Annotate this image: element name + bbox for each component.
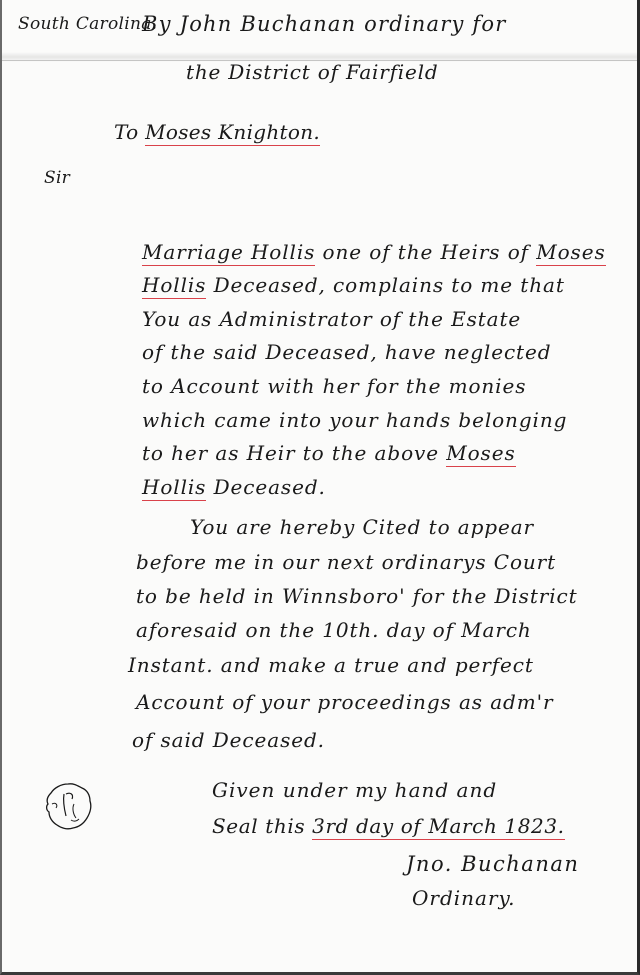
- underlined-name: Marriage Hollis: [142, 240, 315, 266]
- wax-seal-icon: [42, 780, 94, 832]
- body-line: Hollis Deceased, complains to me that: [142, 273, 565, 297]
- closing-line-2: Seal this 3rd day of March 1823.: [212, 814, 565, 838]
- closing-line-1: Given under my hand and: [212, 778, 497, 802]
- signature-title: Ordinary.: [412, 886, 516, 910]
- body-line: Instant. and make a true and perfect: [128, 653, 534, 677]
- closing-seal-text: Seal this: [212, 814, 312, 838]
- body-line: Account of your proceedings as adm'r: [136, 690, 553, 714]
- body-line: to Account with her for the monies: [142, 374, 526, 398]
- underlined-name: Hollis: [142, 273, 206, 299]
- body-line: to her as Heir to the above Moses: [142, 441, 516, 465]
- body-text: of said Deceased.: [132, 728, 325, 752]
- body-text: to her as Heir to the above: [142, 441, 446, 465]
- body-text: to be held in Winnsboro' for the Distric…: [136, 584, 578, 608]
- underlined-name: Moses: [536, 240, 605, 266]
- body-line: aforesaid on the 10th. day of March: [136, 618, 532, 642]
- body-text: Account of your proceedings as adm'r: [136, 690, 553, 714]
- document-page: South Carolina. By John Buchanan ordinar…: [0, 0, 640, 975]
- addressee: To Moses Knighton.: [114, 120, 320, 144]
- body-text: Deceased, complains to me that: [206, 273, 564, 297]
- body-line: which came into your hands belonging: [142, 408, 567, 432]
- addressee-name: Moses Knighton.: [145, 120, 320, 146]
- body-line: Marriage Hollis one of the Heirs of Mose…: [142, 240, 606, 264]
- header-state: South Carolina.: [18, 14, 157, 34]
- body-line: of said Deceased.: [132, 728, 325, 752]
- body-text: of the said Deceased, have neglected: [142, 340, 551, 364]
- underlined-name: Hollis: [142, 475, 206, 501]
- salutation: Sir: [44, 168, 70, 188]
- header-district: the District of Fairfield: [186, 60, 438, 84]
- underlined-name: Moses: [446, 441, 515, 467]
- body-text: Instant. and make a true and perfect: [128, 653, 534, 677]
- addressee-prefix: To: [114, 120, 138, 144]
- body-line: Hollis Deceased.: [142, 475, 326, 499]
- body-text: one of the Heirs of: [315, 240, 536, 264]
- body-line: of the said Deceased, have neglected: [142, 340, 551, 364]
- closing-date: 3rd day of March 1823.: [312, 814, 565, 840]
- body-line: You as Administrator of the Estate: [142, 307, 521, 331]
- body-text: which came into your hands belonging: [142, 408, 567, 432]
- body-line: You are hereby Cited to appear: [190, 515, 534, 539]
- body-text: You are hereby Cited to appear: [190, 515, 534, 539]
- body-text: before me in our next ordinarys Court: [136, 550, 556, 574]
- signature-name: Jno. Buchanan: [406, 852, 579, 876]
- body-text: to Account with her for the monies: [142, 374, 526, 398]
- body-text: aforesaid on the 10th. day of March: [136, 618, 532, 642]
- body-line: before me in our next ordinarys Court: [136, 550, 556, 574]
- body-line: to be held in Winnsboro' for the Distric…: [136, 584, 578, 608]
- body-text: Deceased.: [206, 475, 325, 499]
- body-text: You as Administrator of the Estate: [142, 307, 521, 331]
- header-by-line: By John Buchanan ordinary for: [142, 12, 506, 36]
